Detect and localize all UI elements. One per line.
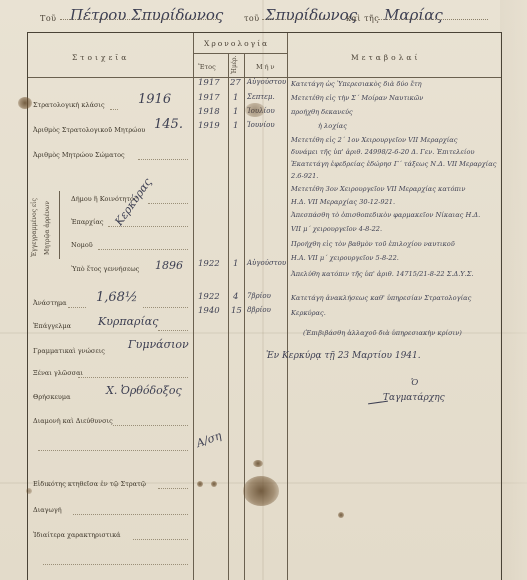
- signature-title: Ταγματάρχης: [383, 393, 445, 403]
- field-value-education: Γυμνάσιον: [128, 338, 189, 351]
- dotted-line: [43, 563, 188, 565]
- dotted-line: [60, 18, 220, 20]
- chronology-year: 1940: [198, 306, 220, 316]
- group-bracket: [59, 191, 60, 259]
- dotted-line: [108, 225, 188, 227]
- remark-line: ἡ λοχίας: [318, 123, 347, 130]
- field-value-religion: Χ. Ὀρθόδοξος: [106, 384, 182, 397]
- ink-stain: [245, 103, 265, 117]
- signature-article: Ὁ: [411, 378, 418, 388]
- chronology-month: 8βρίου: [247, 306, 271, 314]
- ink-stain: [197, 481, 203, 487]
- dotted-line: [133, 538, 188, 540]
- document-header: Τοῦ Πέτρου Σπυρίδωνος τοῦ Σπυρίδωνος καὶ…: [0, 4, 527, 28]
- remark-line: Μετετέθη 3ον Χειρουργεῖον VII Μεραρχίας …: [291, 186, 465, 193]
- dotted-line: [113, 424, 188, 426]
- remark-line: Μετετέθη εἰς τὴν Σ΄ Μοίραν Ναυτικῶν: [291, 95, 423, 102]
- remark-line: 2.6-921.: [291, 173, 318, 180]
- field-label-specialty: Εἰδικότης κτηθεῖσα ἐν τῷ Στρατῷ: [33, 480, 146, 488]
- remark-line: Προήχθη εἰς τὸν βαθμὸν τοῦ ἐπιλοχίου ναυ…: [291, 241, 455, 248]
- dotted-line: [98, 248, 188, 250]
- chronology-month: Ἰουνίου: [247, 121, 275, 129]
- field-label-registry-number: Ἀριθμὸς Στρατολογικοῦ Μητρώου: [33, 126, 145, 134]
- field-value-profession: Κυρπαρίας: [98, 315, 158, 328]
- dotted-line: [158, 487, 188, 489]
- remark-line: Ἐκατετάγη ἐφεδρείας ἐδώρησ Γ΄ τάξεως Ν.Δ…: [291, 161, 496, 168]
- ink-stain: [211, 481, 217, 487]
- field-value-residence-note: Α/ση: [195, 429, 224, 450]
- dotted-line: [143, 306, 188, 308]
- col-header-year: Ἔτος: [198, 63, 216, 71]
- field-label-characteristics: Ἰδιαίτερα χαρακτηριστικά: [33, 531, 121, 539]
- field-value-class: 1916: [138, 92, 171, 107]
- field-value-height: 1,68½: [96, 290, 138, 305]
- col-header-day: Ἡμέρ.: [231, 56, 238, 74]
- group-label-male-registry: Μητρῷα ἀρρένων: [44, 201, 51, 255]
- field-label-profession: Ἐπάγγελμα: [33, 322, 71, 330]
- tou-label: Τοῦ: [40, 14, 57, 23]
- remark-line: Η.Δ. VII Μεραρχίας 30-12-921.: [291, 199, 395, 206]
- field-value-registry-number: 145.: [154, 117, 183, 132]
- dotted-line: [158, 329, 188, 331]
- dotted-line: [38, 449, 188, 451]
- row-divider: [194, 53, 287, 54]
- ink-stain: [26, 488, 32, 494]
- field-value-birth-year: 1896: [155, 259, 183, 272]
- remark-line: (Ἐπιβιβάσθη ἀλλαχοῦ διὰ ὑπηρεσιακὴν κρίσ…: [303, 330, 462, 337]
- col-header-elements: Στοιχεῖα: [72, 53, 129, 62]
- chronology-day: 1: [233, 121, 238, 131]
- field-label-province: Ἐπαρχίας: [71, 218, 104, 226]
- chronology-day: 4: [233, 292, 238, 302]
- field-label-unit-registry: Ἀριθμὸς Μητρώου Σώματος: [33, 151, 125, 159]
- remark-line: Κερκύρας.: [291, 310, 326, 317]
- dotted-line: [378, 18, 488, 20]
- dotted-line: [262, 18, 332, 20]
- ink-stain: [243, 476, 279, 506]
- chronology-year: 1918: [198, 107, 220, 117]
- remark-line: Η.Α. VII μ΄ χειρουργεῖον 5-8-22.: [291, 255, 399, 262]
- remark-line: Ἀπεσπάσθη τὸ ὀπισθοπεδικὸν φαρμακεῖον Νί…: [291, 212, 480, 219]
- field-label-birth-year: Ὑπὸ ἔτος γεννήσεως: [71, 265, 139, 273]
- remark-line: VII μ΄ χειρουργεῖον 4-8-22.: [291, 226, 382, 233]
- col-divider: [228, 53, 229, 580]
- ink-stain: [18, 97, 32, 109]
- chronology-day: 1: [233, 107, 238, 117]
- chronology-day: 27: [230, 78, 241, 88]
- paper-edge-shadow: [500, 0, 527, 580]
- field-label-residence: Διαμονὴ καὶ Διεύθυνσις: [33, 417, 113, 425]
- dotted-line: [73, 513, 188, 515]
- field-label-prefecture: Νομοῦ: [71, 241, 93, 249]
- ink-stain: [338, 512, 344, 518]
- ink-stain: [253, 460, 263, 467]
- chronology-day: 1: [233, 93, 238, 103]
- col-divider: [287, 33, 288, 580]
- dotted-line: [138, 158, 188, 160]
- mother-name: Μαρίας: [384, 6, 443, 24]
- remark-line: Κατετάγη ἀνακλήσεως καθ' ὑπηρεσίαν Στρατ…: [291, 295, 471, 302]
- signature-place-date: Ἐν Κερκύρᾳ τῇ 23 Μαρτίου 1941.: [266, 351, 421, 361]
- chronology-month: Αὐγούστου: [247, 78, 286, 86]
- remark-line: Κατετάγη ὡς Ὑπερεσιακὸς διὰ δύο ἔτη: [291, 81, 422, 88]
- col-header-chronology: Χρονολογία: [204, 39, 269, 48]
- group-label-registered: Ἐγγεγραμμένος εἰς: [31, 198, 38, 257]
- chronology-day: 15: [231, 306, 242, 316]
- field-label-languages: Ξέναι γλῶσσαι: [33, 369, 83, 377]
- field-label-education: Γραμματικαὶ γνώσεις: [33, 347, 105, 355]
- remark-line: προήχθη δεκανεύς: [291, 109, 353, 116]
- father-name: Σπυρίδωνος: [265, 6, 357, 24]
- col-header-month: Μήν: [256, 63, 277, 71]
- chronology-year: 1917: [198, 93, 220, 103]
- chronology-month: Σεπτεμ.: [247, 93, 275, 101]
- dotted-line: [78, 376, 188, 378]
- chronology-year: 1922: [198, 259, 220, 269]
- col-header-changes: Μεταβολαί: [351, 53, 420, 62]
- person-name: Πέτρου Σπυρίδωνος: [70, 6, 223, 24]
- col-divider: [193, 33, 194, 580]
- chronology-year: 1922: [198, 292, 220, 302]
- field-label-class: Στρατολογικὴ κλάσις: [33, 101, 105, 109]
- dotted-line: [148, 202, 188, 204]
- chronology-month: 7βρίου: [247, 292, 271, 300]
- field-label-conduct: Διαγωγή: [33, 506, 62, 514]
- remark-line: Μετετέθη εἰς 2΄ 1ον Χειρουργεῖον VII Μερ…: [291, 137, 457, 144]
- chronology-year: 1919: [198, 121, 220, 131]
- col-divider: [244, 53, 245, 580]
- chronology-month: Αὐγούστου: [247, 259, 286, 267]
- remark-line: δυνάμει τῆς ὑπ' ἀριθ. 24998/2-6-20 Δ. Γε…: [291, 149, 474, 156]
- remark-line: Ἀπελύθη κατόπιν τῆς ὑπ' ἀριθ. 14715/21-8…: [291, 271, 474, 278]
- dotted-line: [110, 108, 118, 110]
- mother-label: καὶ τῆς: [346, 14, 379, 23]
- dotted-line: [68, 306, 86, 308]
- field-label-height: Ἀνάστημα: [33, 299, 67, 307]
- chronology-day: 1: [233, 259, 238, 269]
- father-label: τοῦ: [244, 14, 260, 23]
- chronology-year: 1917: [198, 78, 220, 88]
- field-label-religion: Θρήσκευμα: [33, 393, 70, 401]
